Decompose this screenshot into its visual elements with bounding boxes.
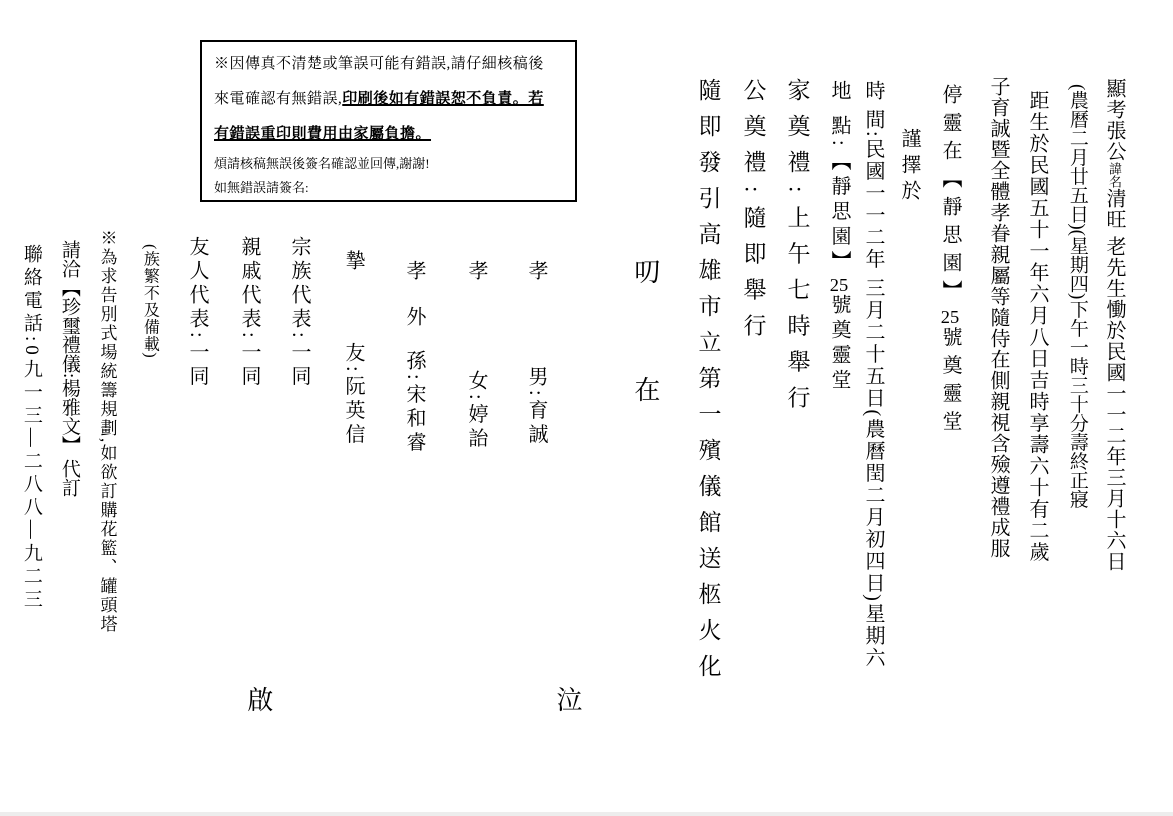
notice-line-1-text: ※因傳真不清楚或筆誤可能有錯誤,請仔細核稿後 — [214, 56, 544, 72]
mourner-daughter-label: 孝 — [464, 260, 487, 284]
notice-line-5-signature-request: 如無錯誤請簽名: — [214, 176, 563, 200]
resting-place-prefix: 停靈在【靜思園】 — [939, 84, 961, 308]
notice-line-2-warning: 印刷後如有錯誤恕不負責。若 — [342, 91, 544, 107]
procession-cremation-line: 隨即發引高雄市立第一殯儀館送柩火化 — [694, 78, 720, 690]
deceased-name-annotation: 諱名 — [1107, 162, 1122, 188]
lunar-death-date-line: (農曆二月廿五日)(星期四)下午一時三十分壽終正寢 — [1066, 84, 1088, 508]
honorific-zai-char: 在 — [630, 376, 660, 402]
mourner-son-name: 男:育誠 — [524, 366, 547, 448]
clan-representative-line: 宗族代表:一同 — [287, 236, 310, 390]
family-omission-note: (族繁不及備載) — [140, 244, 158, 359]
honorific-tao-char: 叨 — [630, 258, 660, 284]
chosen-on-label: 謹擇於 — [897, 128, 920, 206]
mourner-grandson-label-mid: 外 — [402, 306, 425, 330]
notice-line-4: 煩請核稿無誤後簽名確認並回傳,謝謝! — [214, 152, 563, 176]
deceased-title-suffix: 清旺 老先生慟於民國一一二年三月十六日 — [1103, 188, 1125, 572]
ceremony-place-number: 25 — [829, 276, 849, 294]
relatives-representative-line: 親戚代表:一同 — [237, 236, 260, 390]
family-rite-line: 家奠禮:上午七時舉行 — [783, 78, 809, 421]
contact-phone-line: 聯絡電話:0九一三—二八八—九二三 — [20, 244, 42, 612]
deceased-title-line: 顯考張公諱名清旺 老先生慟於民國一一二年三月十六日 — [1102, 78, 1125, 572]
notice-line-2-normal: 來電確認有無錯誤, — [214, 91, 342, 107]
friends-representative-line: 友人代表:一同 — [185, 236, 208, 390]
order-contact-line: 請洽【珍璽禮儀:楊雅文】 代訂 — [58, 240, 80, 497]
notice-line-1: ※因傳真不清楚或筆誤可能有錯誤,請仔細核稿後 — [214, 47, 563, 82]
ceremony-place-prefix: 地 點:【靜思園】 — [828, 80, 850, 276]
resting-place-suffix: 號奠靈堂 — [939, 326, 961, 438]
resting-place-line: 停靈在【靜思園】25號奠靈堂 — [938, 84, 961, 438]
deceased-title-prefix: 顯考張公 — [1103, 78, 1125, 162]
notice-line-3: 有錯誤重印則費用由家屬負擔。 — [214, 117, 563, 152]
notice-line-2: 來電確認有無錯誤,印刷後如有錯誤恕不負責。若 — [214, 82, 563, 117]
funeral-notice-page: ※因傳真不清楚或筆誤可能有錯誤,請仔細核稿後 來電確認有無錯誤,印刷後如有錯誤恕… — [0, 0, 1173, 816]
mourner-friend-name: 友:阮英信 — [341, 342, 364, 448]
notice-line-3-warning: 有錯誤重印則費用由家屬負擔。 — [214, 126, 431, 142]
weep-char: 泣 — [552, 686, 582, 712]
florist-note-line: ※為求告別式場統籌規劃,如欲訂購花籃、罐頭塔 — [97, 229, 117, 634]
resting-place-number: 25 — [940, 308, 960, 326]
kin-attendance-line: 子育誠暨全體孝眷親屬等隨侍在側親視含殮遵禮成服 — [986, 76, 1009, 559]
mourner-son-label: 孝 — [524, 260, 547, 284]
birth-and-age-line: 距生於民國五十一年六月八日吉時享壽六十有二歲 — [1025, 90, 1048, 563]
public-rite-line: 公奠禮:隨即舉行 — [739, 78, 765, 349]
mourner-daughter-name: 女:婷詒 — [464, 370, 487, 452]
signature-request-label: 如無錯誤請簽名: — [214, 180, 309, 195]
ceremony-place-line: 地 點:【靜思園】25號奠靈堂 — [827, 80, 850, 394]
page-bottom-scan-edge — [0, 812, 1173, 816]
announce-char: 啟 — [243, 686, 273, 712]
mourner-grandson-label-top: 孝 — [402, 260, 425, 284]
ceremony-place-suffix: 號奠靈堂 — [828, 294, 850, 394]
ceremony-time-line: 時 間:民國一一二年 三月二十五日(農曆閏二月初四日)星期六 — [861, 80, 884, 669]
mourner-grandson-name: 孫:宋和睿 — [402, 350, 425, 456]
fax-proof-notice-box: ※因傳真不清楚或筆誤可能有錯誤,請仔細核稿後 來電確認有無錯誤,印刷後如有錯誤恕… — [200, 40, 577, 202]
mourner-friend-label: 摯 — [341, 250, 364, 274]
notice-line-4-text: 煩請核稿無誤後簽名確認並回傳,謝謝! — [214, 156, 430, 171]
